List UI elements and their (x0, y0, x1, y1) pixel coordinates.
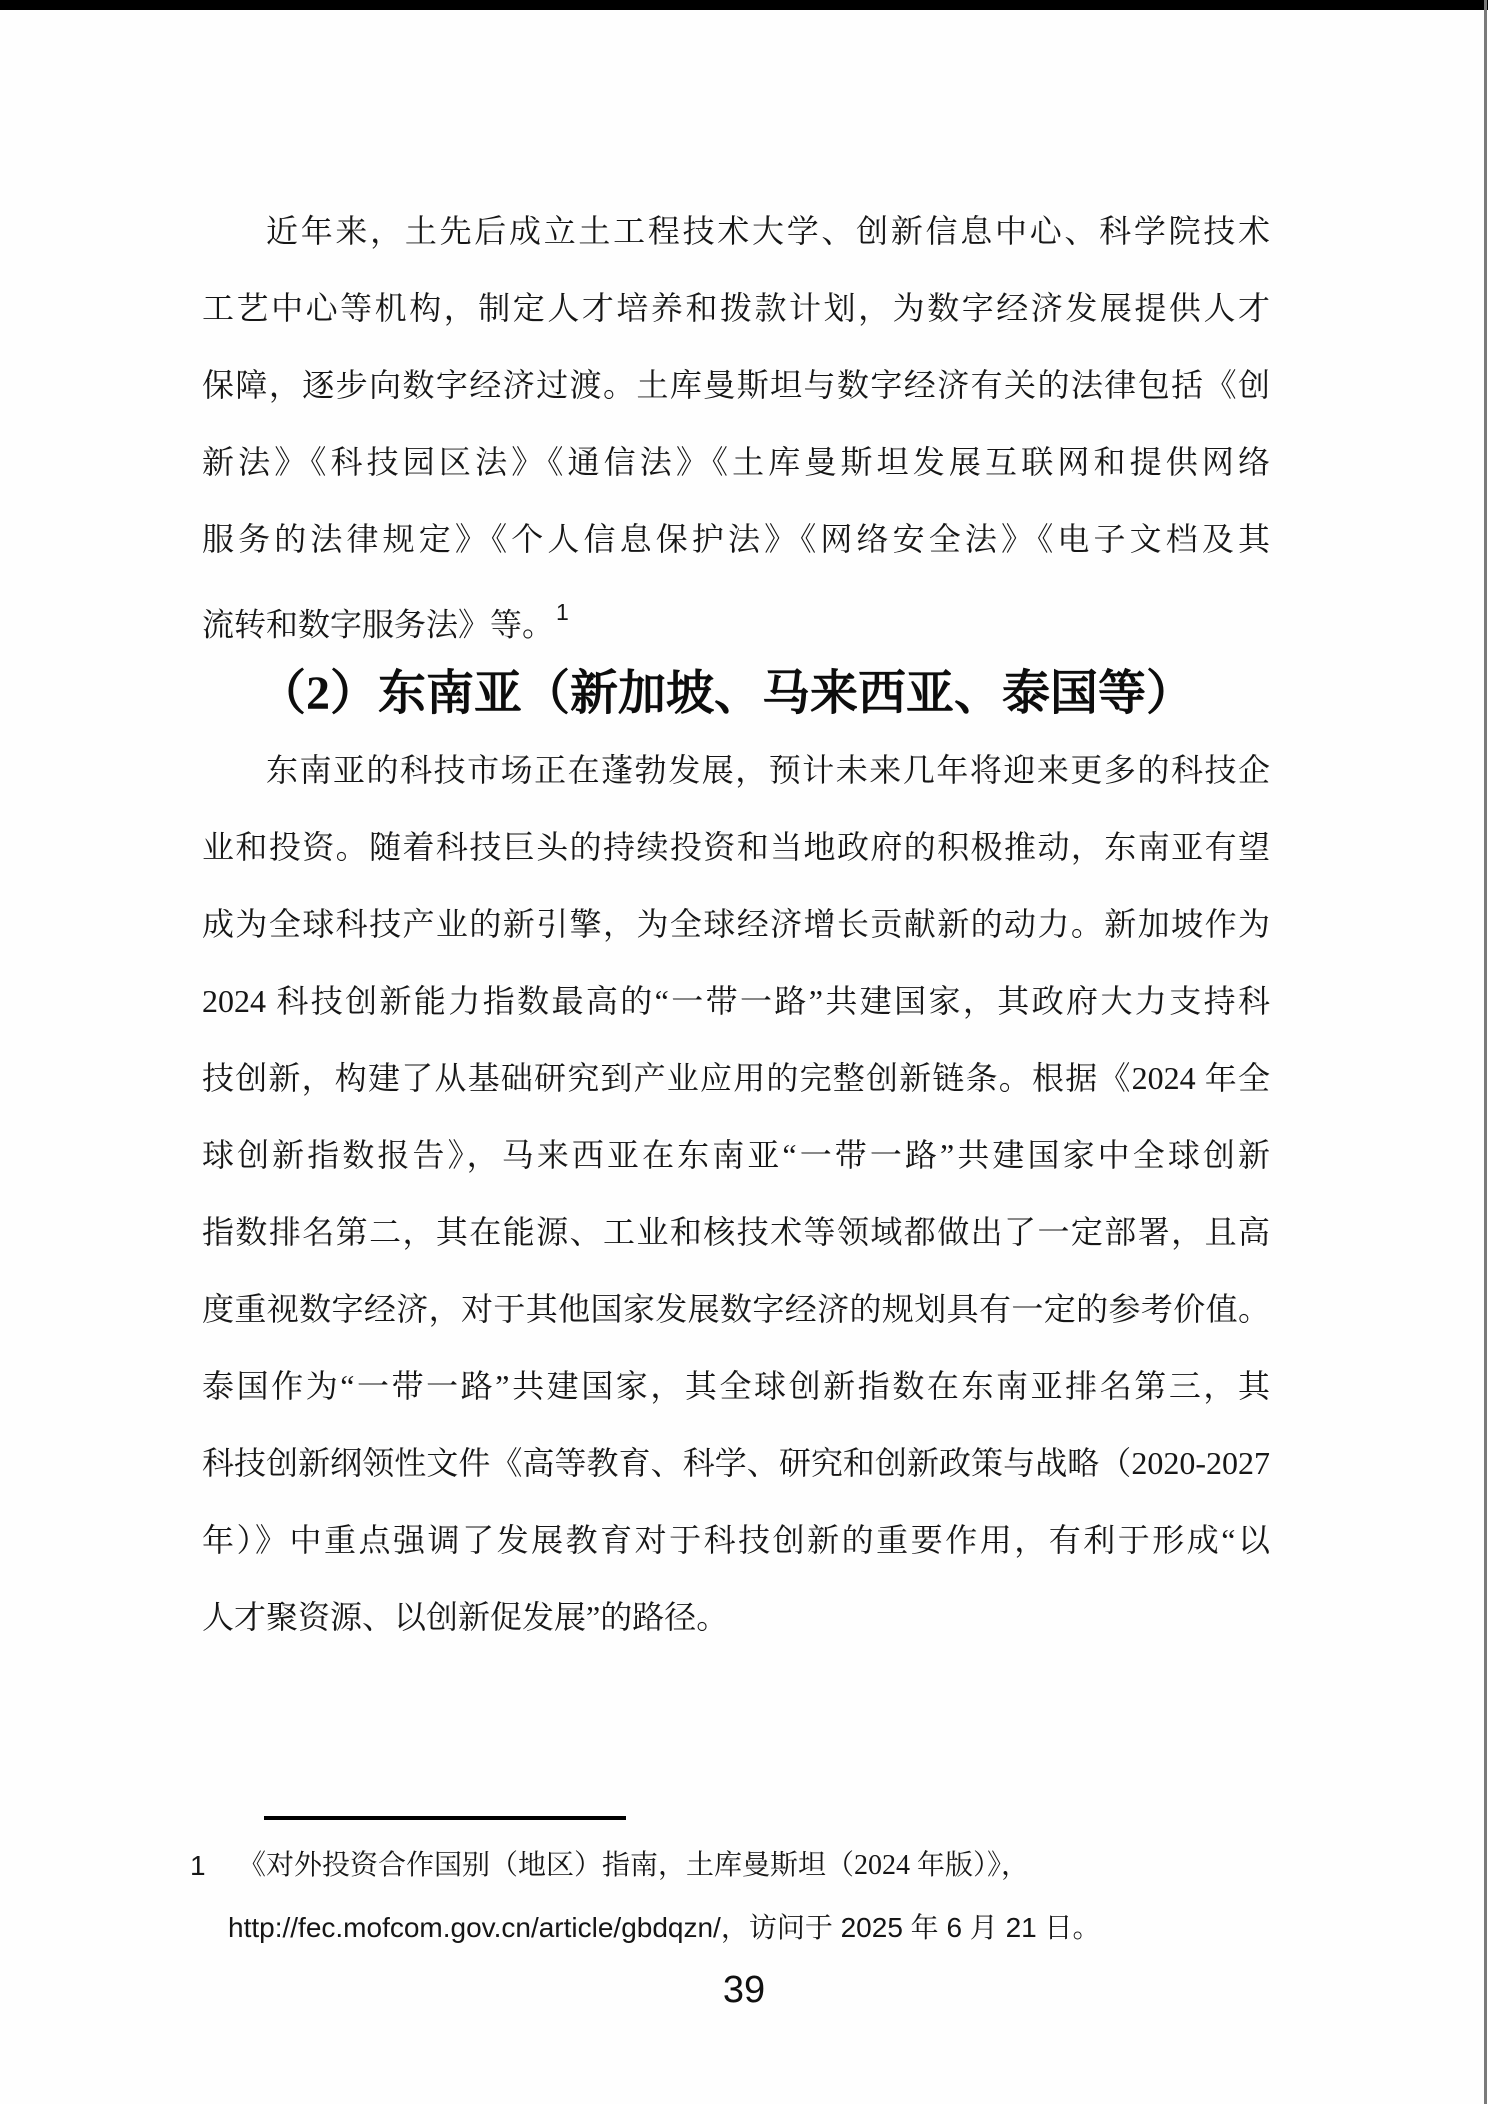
paragraph1-line: 工艺中心等机构，制定人才培养和拨款计划，为数字经济发展提供人才 (202, 270, 1270, 347)
paragraph2-line: 泰国作为“一带一路”共建国家，其全球创新指数在东南亚排名第三，其 (202, 1348, 1270, 1425)
paragraph2-line: 年）》中重点强调了发展教育对于科技创新的重要作用，有利于形成“以 (202, 1502, 1270, 1579)
section-heading: （2）东南亚（新加坡、马来西亚、泰国等） (202, 655, 1270, 732)
paragraph1-line: 近年来，土先后成立土工程技术大学、创新信息中心、科学院技术 (202, 193, 1270, 270)
paragraph1-line: 服务的法律规定》《个人信息保护法》《网络安全法》《电子文档及其 (202, 501, 1270, 578)
paragraph2-line: 科技创新纲领性文件《高等教育、科学、研究和创新政策与战略（2020-2027 (202, 1425, 1270, 1502)
paragraph2-line: 技创新，构建了从基础研究到产业应用的完整创新链条。根据《2024 年全 (202, 1040, 1270, 1117)
footnote-divider (264, 1816, 626, 1820)
paragraph2-line: 球创新指数报告》，马来西亚在东南亚“一带一路”共建国家中全球创新 (202, 1117, 1270, 1194)
paragraph2-line: 成为全球科技产业的新引擎，为全球经济增长贡献新的动力。新加坡作为 (202, 886, 1270, 963)
page-top-border (0, 0, 1488, 10)
paragraph2-line: 指数排名第二，其在能源、工业和核技术等领域都做出了一定部署，且高 (202, 1194, 1270, 1271)
paragraph2-line: 度重视数字经济，对于其他国家发展数字经济的规划具有一定的参考价值。 (202, 1271, 1270, 1348)
footnote-line-1: 1 《对外投资合作国别（地区）指南，土库曼斯坦（2024 年版）》， (190, 1835, 1270, 1897)
document-content: 近年来，土先后成立土工程技术大学、创新信息中心、科学院技术 工艺中心等机构，制定… (202, 193, 1270, 1656)
footnote-marker: 1 (190, 1835, 238, 1897)
document-page: 近年来，土先后成立土工程技术大学、创新信息中心、科学院技术 工艺中心等机构，制定… (0, 0, 1488, 2104)
paragraph2-line: 东南亚的科技市场正在蓬勃发展，预计未来几年将迎来更多的科技企 (202, 732, 1270, 809)
page-number: 39 (0, 1962, 1488, 2018)
paragraph1-line: 保障，逐步向数字经济过渡。土库曼斯坦与数字经济有关的法律包括《创 (202, 347, 1270, 424)
paragraph2-line: 业和投资。随着科技巨头的持续投资和当地政府的积极推动，东南亚有望 (202, 809, 1270, 886)
paragraph2-line: 2024 科技创新能力指数最高的“一带一路”共建国家，其政府大力支持科 (202, 963, 1270, 1040)
footnote-text: 《对外投资合作国别（地区）指南，土库曼斯坦（2024 年版）》， (238, 1835, 1029, 1897)
paragraph2-last-line: 人才聚资源、以创新促发展”的路径。 (202, 1579, 1270, 1656)
footnote-url-line: http://fec.mofcom.gov.cn/article/gbdqzn/… (190, 1897, 1270, 1959)
footnote-reference: 1 (556, 599, 569, 625)
page-right-border (1484, 0, 1487, 2104)
paragraph1-line: 新法》《科技园区法》《通信法》《土库曼斯坦发展互联网和提供网络 (202, 424, 1270, 501)
paragraph1-last-line: 流转和数字服务法》等。1 (202, 578, 1270, 655)
paragraph1-line-text: 流转和数字服务法》等。 (202, 607, 554, 643)
footnote: 1 《对外投资合作国别（地区）指南，土库曼斯坦（2024 年版）》， http:… (190, 1835, 1270, 1959)
